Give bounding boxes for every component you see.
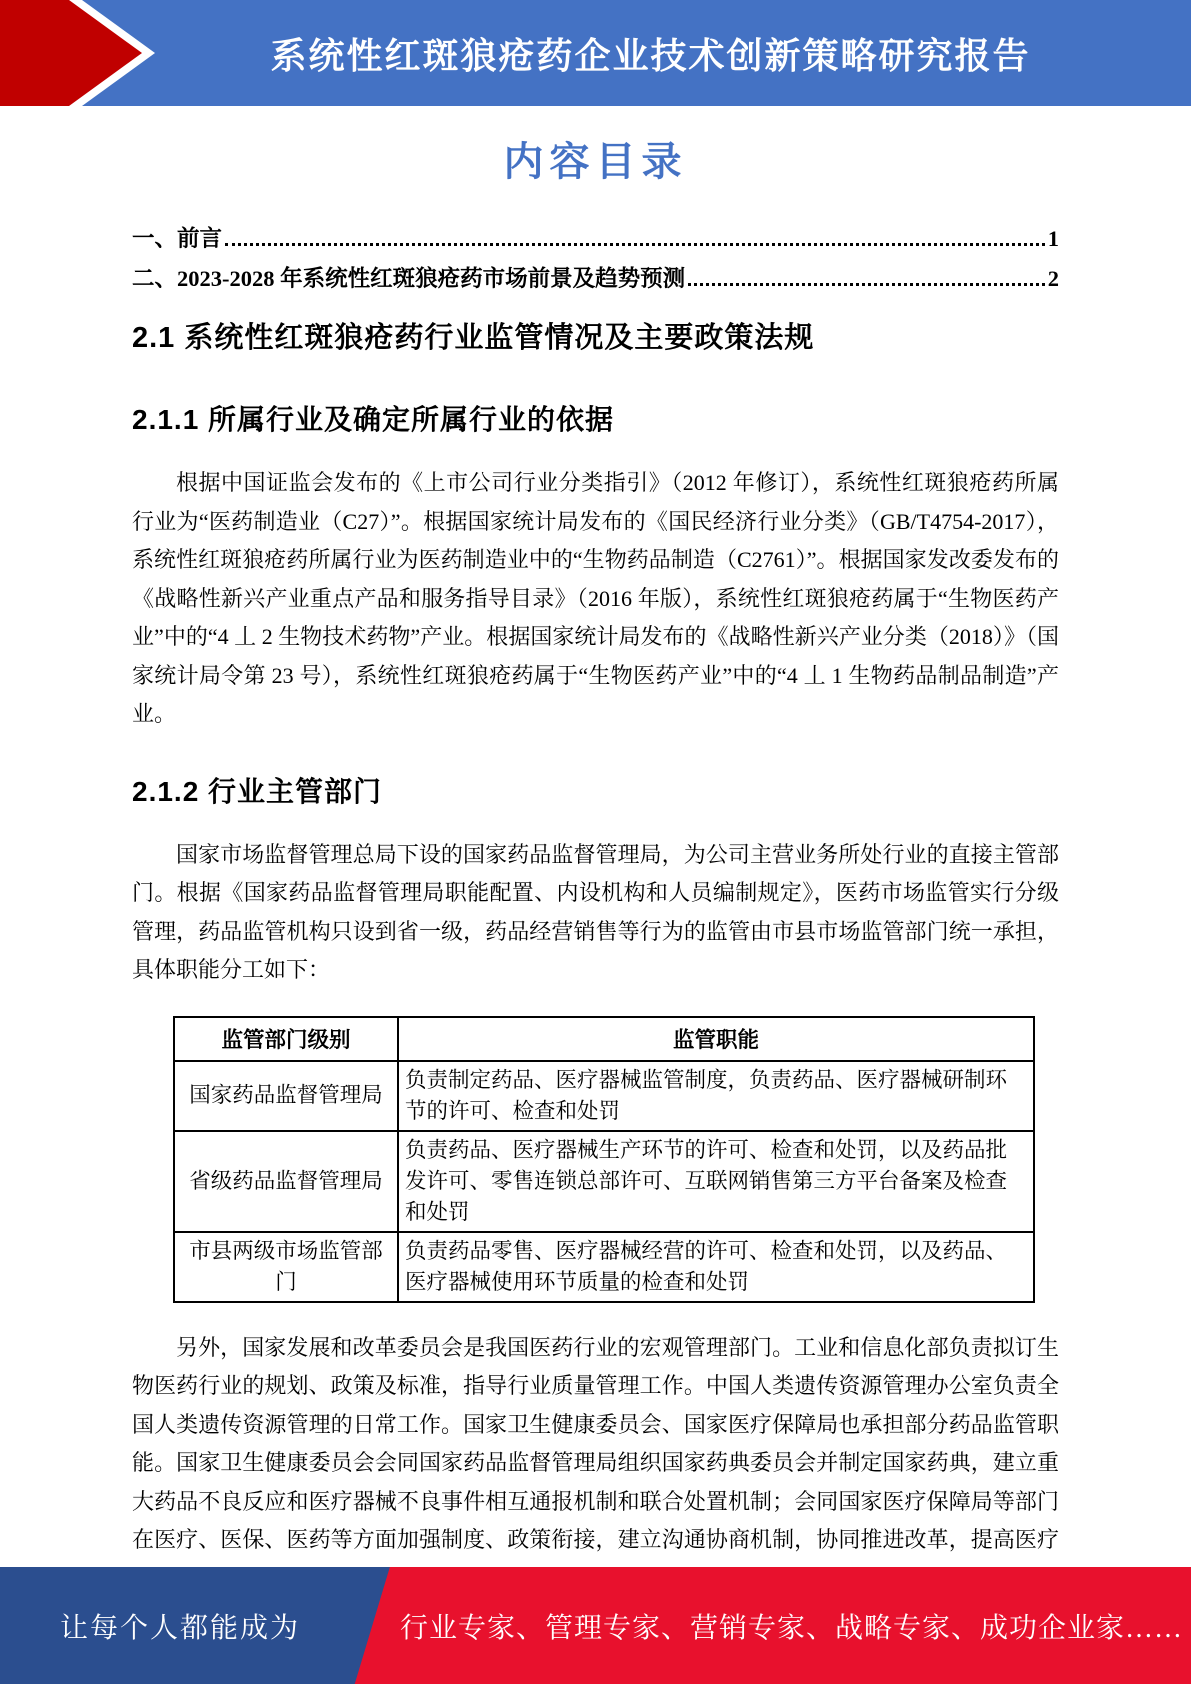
- footer-slogan-left: 让每个人都能成为: [0, 1567, 360, 1684]
- table-cell-level: 省级药品监督管理局: [174, 1131, 398, 1232]
- page-content: 内容目录 一、前言 1 二、2023-2028 年系统性红斑狼疮药市场前景及趋势…: [132, 130, 1059, 1640]
- table-cell-level: 市县两级市场监管部门: [174, 1232, 398, 1302]
- report-page: 系统性红斑狼疮药企业技术创新策略研究报告 内容目录 一、前言 1 二、2023-…: [0, 0, 1191, 1684]
- toc-entry-page: 1: [1048, 226, 1059, 252]
- section-heading-2-1-1: 2.1.1 所属行业及确定所属行业的依据: [132, 398, 1059, 438]
- toc-entry-page: 2: [1048, 266, 1059, 292]
- toc-dot-leader: [688, 283, 1045, 286]
- table-row: 省级药品监督管理局 负责药品、医疗器械生产环节的许可、检查和处罚，以及药品批发许…: [174, 1131, 1034, 1232]
- table-cell-level: 国家药品监督管理局: [174, 1061, 398, 1131]
- toc-entry-1[interactable]: 一、前言 1: [132, 221, 1059, 261]
- toc-entry-label: 一、前言: [132, 221, 222, 253]
- toc-list: 一、前言 1 二、2023-2028 年系统性红斑狼疮药市场前景及趋势预测 2: [132, 221, 1059, 301]
- section-heading-2-1: 2.1 系统性红斑狼疮药行业监管情况及主要政策法规: [132, 315, 1059, 356]
- toc-entry-label: 二、2023-2028 年系统性红斑狼疮药市场前景及趋势预测: [132, 261, 685, 293]
- paragraph-other-authorities: 另外，国家发展和改革委员会是我国医药行业的宏观管理部门。工业和信息化部负责拟订生…: [132, 1329, 1059, 1599]
- section-heading-2-1-2: 2.1.2 行业主管部门: [132, 770, 1059, 810]
- table-cell-duty: 负责药品零售、医疗器械经营的许可、检查和处罚，以及药品、医疗器械使用环节质量的检…: [398, 1232, 1034, 1302]
- red-arrow-icon: [0, 0, 165, 106]
- table-header-duty: 监管职能: [398, 1017, 1034, 1061]
- footer-slogan-right: 行业专家、管理专家、营销专家、战略专家、成功企业家……: [400, 1567, 1171, 1684]
- report-title: 系统性红斑狼疮药企业技术创新策略研究报告: [170, 0, 1131, 106]
- table-row: 市县两级市场监管部门 负责药品零售、医疗器械经营的许可、检查和处罚，以及药品、医…: [174, 1232, 1034, 1302]
- paragraph-industry-classification: 根据中国证监会发布的《上市公司行业分类指引》（2012 年修订），系统性红斑狼疮…: [132, 464, 1059, 734]
- table-header-row: 监管部门级别 监管职能: [174, 1017, 1034, 1061]
- toc-title: 内容目录: [132, 130, 1059, 187]
- toc-dot-leader: [225, 243, 1045, 246]
- paragraph-regulators-intro: 国家市场监督管理总局下设的国家药品监督管理局，为公司主营业务所处行业的直接主管部…: [132, 836, 1059, 990]
- table-row: 国家药品监督管理局 负责制定药品、医疗器械监管制度，负责药品、医疗器械研制环节的…: [174, 1061, 1034, 1131]
- header-banner: 系统性红斑狼疮药企业技术创新策略研究报告: [0, 0, 1191, 106]
- footer-banner: 让每个人都能成为 行业专家、管理专家、营销专家、战略专家、成功企业家……: [0, 1567, 1191, 1684]
- table-cell-duty: 负责药品、医疗器械生产环节的许可、检查和处罚，以及药品批发许可、零售连锁总部许可…: [398, 1131, 1034, 1232]
- table-cell-duty: 负责制定药品、医疗器械监管制度，负责药品、医疗器械研制环节的许可、检查和处罚: [398, 1061, 1034, 1131]
- toc-entry-2[interactable]: 二、2023-2028 年系统性红斑狼疮药市场前景及趋势预测 2: [132, 261, 1059, 301]
- table-header-level: 监管部门级别: [174, 1017, 398, 1061]
- regulator-table: 监管部门级别 监管职能 国家药品监督管理局 负责制定药品、医疗器械监管制度，负责…: [173, 1016, 1035, 1303]
